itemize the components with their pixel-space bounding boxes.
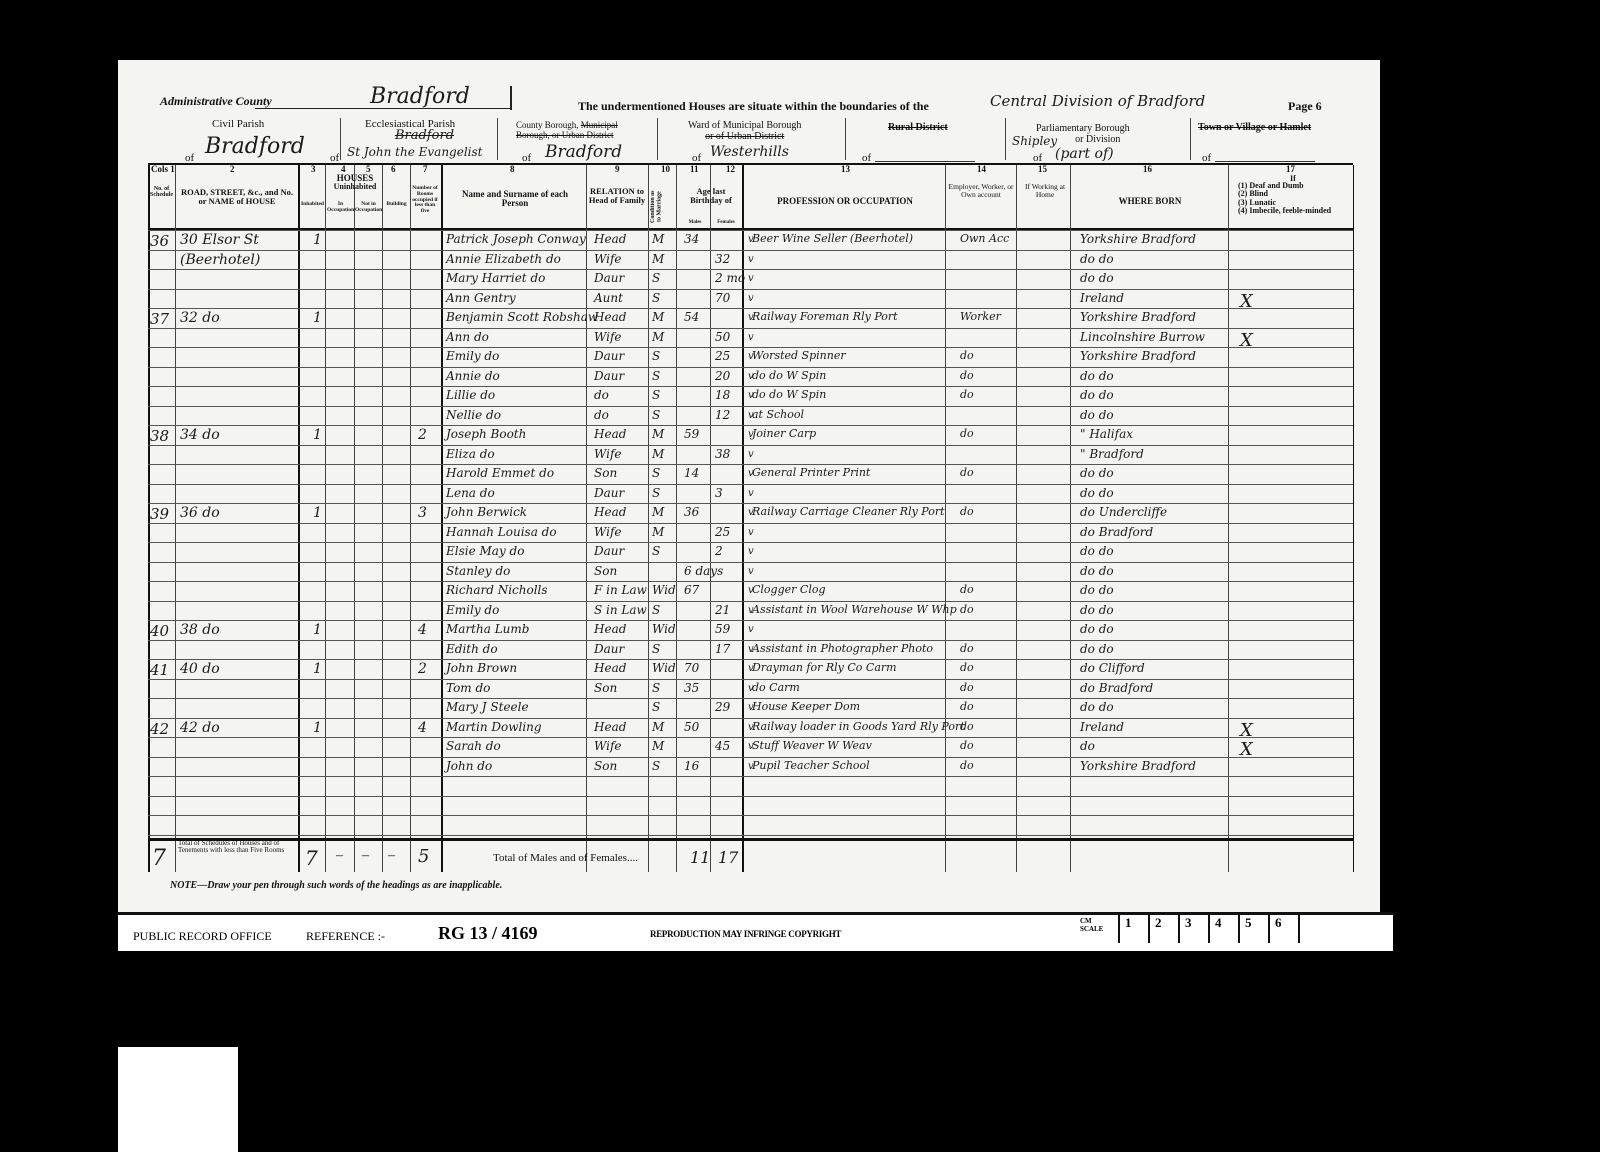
- col-num-3: 3: [311, 164, 316, 174]
- eccl-parish-value: St John the Evangelist: [347, 145, 483, 159]
- employer-cell: do: [960, 466, 974, 479]
- total-in-occupation: –: [336, 848, 343, 864]
- infirm-cell: X: [1240, 330, 1253, 351]
- footer-reference-value: RG 13 / 4169: [438, 923, 538, 944]
- born-cell: Yorkshire Bradford: [1080, 310, 1196, 324]
- relation-cell: Head: [594, 427, 626, 441]
- name-cell: Annie Elizabeth do: [446, 252, 561, 266]
- female-age-cell: 25: [715, 349, 730, 363]
- occupation-cell: Stuff Weaver W Weav: [752, 739, 872, 752]
- total-inhabited: 7: [305, 846, 318, 870]
- female-age-cell: 21: [715, 603, 730, 617]
- check-mark-icon: v: [748, 410, 754, 421]
- total-rooms: 5: [418, 846, 429, 867]
- check-mark-icon: v: [748, 663, 754, 674]
- male-age-cell: 67: [684, 583, 699, 597]
- relation-cell: do: [594, 408, 609, 422]
- row-rule: [148, 659, 1353, 660]
- check-mark-icon: v: [748, 761, 754, 772]
- row-rule: [148, 776, 1353, 777]
- column-rule: [586, 165, 587, 872]
- total-schedules-label: Total of Schedules of Houses and of Tene…: [178, 840, 296, 855]
- relation-cell: Head: [594, 232, 626, 246]
- check-mark-icon: v: [748, 507, 754, 518]
- name-cell: Ann Gentry: [446, 291, 516, 305]
- female-age-cell: 12: [715, 408, 730, 422]
- col-age-header: Age last Birthday of: [680, 187, 742, 205]
- check-mark-icon: v: [748, 390, 754, 401]
- born-cell: do do: [1080, 271, 1114, 285]
- header-divider: [497, 118, 498, 160]
- condition-cell: S: [652, 681, 660, 695]
- admin-county-box: [510, 86, 512, 110]
- schedule-cell: 38: [150, 427, 169, 445]
- header-divider: [657, 118, 658, 160]
- occupation-cell: Railway Carriage Cleaner Rly Port: [752, 505, 945, 518]
- relation-cell: Daur: [594, 271, 624, 285]
- road-cell: 36 do: [180, 505, 220, 521]
- occupation-cell: Joiner Carp: [752, 427, 816, 440]
- row-rule: [148, 464, 1353, 465]
- admin-county-label: Administrative County: [160, 94, 272, 109]
- schedule-cell: 36: [150, 232, 169, 250]
- male-age-cell: 35: [684, 681, 699, 695]
- born-cell: " Halifax: [1080, 427, 1133, 441]
- column-rule: [298, 165, 300, 872]
- relation-cell: Daur: [594, 369, 624, 383]
- check-mark-icon: v: [748, 332, 754, 343]
- condition-cell: S: [652, 369, 660, 383]
- male-age-cell: 70: [684, 661, 699, 675]
- row-rule: [148, 484, 1353, 485]
- col-inhabited-header: Inhabited: [300, 202, 325, 208]
- total-persons-label: Total of Males and of Females....: [493, 852, 638, 864]
- relation-cell: S in Law: [594, 603, 647, 617]
- civil-parish-value: Bradford: [205, 134, 305, 159]
- row-rule: [148, 289, 1353, 290]
- occupation-cell: Worsted Spinner: [752, 349, 846, 362]
- condition-cell: S: [652, 486, 660, 500]
- col-employer-header: Employer, Worker, or Own account: [948, 183, 1014, 199]
- condition-cell: M: [652, 232, 664, 246]
- male-age-cell: 16: [684, 759, 699, 773]
- row-rule: [148, 406, 1353, 407]
- ward-value: Westerhills: [710, 144, 789, 160]
- relation-cell: Son: [594, 466, 617, 480]
- born-cell: do do: [1080, 369, 1114, 383]
- name-cell: Harold Emmet do: [446, 466, 554, 480]
- condition-cell: M: [652, 310, 664, 324]
- scale-mark-6: 6: [1268, 915, 1297, 943]
- born-cell: do do: [1080, 466, 1114, 480]
- name-cell: Eliza do: [446, 447, 495, 461]
- row-rule: [148, 425, 1353, 426]
- condition-cell: S: [652, 642, 660, 656]
- column-rule: [325, 165, 326, 872]
- female-age-cell: 2 mo: [715, 271, 745, 285]
- born-cell: do do: [1080, 486, 1114, 500]
- condition-cell: S: [652, 291, 660, 305]
- totals-rule: [148, 838, 1353, 841]
- parl-label-1: Parliamentary Borough: [1036, 123, 1130, 134]
- born-cell: do: [1080, 739, 1095, 753]
- scale-mark-4: 4: [1208, 915, 1237, 943]
- relation-cell: Wife: [594, 447, 622, 461]
- infirm-cell: X: [1240, 291, 1253, 312]
- female-age-cell: 70: [715, 291, 730, 305]
- page-number: Page 6: [1288, 99, 1322, 114]
- boundaries-text: The undermentioned Houses are situate wi…: [578, 99, 929, 114]
- col-num-13: 13: [841, 164, 850, 174]
- check-mark-icon: v: [748, 644, 754, 655]
- column-rule: [648, 165, 649, 872]
- occupation-cell: do do W Spin: [752, 369, 826, 382]
- name-cell: Martin Dowling: [446, 720, 542, 734]
- relation-cell: Head: [594, 720, 626, 734]
- born-cell: " Bradford: [1080, 447, 1144, 461]
- check-mark-icon: v: [748, 371, 754, 382]
- row-rule: [148, 269, 1353, 270]
- header-divider: [845, 118, 846, 160]
- occupation-cell: House Keeper Dom: [752, 700, 860, 713]
- employer-cell: do: [960, 505, 974, 518]
- relation-cell: Head: [594, 622, 626, 636]
- row-rule: [148, 640, 1353, 641]
- check-mark-icon: v: [748, 585, 754, 596]
- column-rule: [1016, 165, 1017, 872]
- col-num-7: 7: [423, 164, 428, 174]
- col-num-10: 10: [661, 164, 670, 174]
- row-rule: [148, 796, 1353, 797]
- row-rule: [148, 620, 1353, 621]
- name-cell: John do: [446, 759, 492, 773]
- col-born-header: WHERE BORN: [1074, 197, 1226, 206]
- name-cell: Sarah do: [446, 739, 501, 753]
- check-mark-icon: v: [748, 449, 754, 460]
- row-rule: [148, 698, 1353, 699]
- name-cell: Emily do: [446, 603, 499, 617]
- occupation-cell: Assistant in Photographer Photo: [752, 642, 933, 655]
- admin-county-value: Bradford: [370, 84, 470, 109]
- name-cell: Mary Harriet do: [446, 271, 545, 285]
- occupation-cell: Beer Wine Seller (Beerhotel): [752, 232, 913, 245]
- county-borough-label-struck: Municipal: [581, 120, 618, 130]
- road-cell: (Beerhotel): [180, 252, 260, 268]
- row-rule: [148, 503, 1353, 504]
- occupation-cell: Railway loader in Goods Yard Rly Port: [752, 720, 965, 733]
- road-cell: 34 do: [180, 427, 220, 443]
- column-rule: [382, 165, 383, 872]
- col-home-header: If Working at Home: [1020, 183, 1070, 199]
- rooms-cell: 2: [418, 427, 427, 443]
- condition-cell: S: [652, 700, 660, 714]
- born-cell: Ireland: [1080, 291, 1124, 305]
- occupation-cell: Railway Foreman Rly Port: [752, 310, 898, 323]
- employer-cell: do: [960, 759, 974, 772]
- born-cell: do Bradford: [1080, 681, 1153, 695]
- relation-cell: Daur: [594, 642, 624, 656]
- row-rule: [148, 679, 1353, 680]
- column-rule: [676, 165, 677, 872]
- row-rule: [148, 542, 1353, 543]
- inhabited-cell: 1: [313, 232, 322, 248]
- condition-cell: Wid: [652, 661, 676, 675]
- condition-cell: S: [652, 544, 660, 558]
- relation-cell: Daur: [594, 544, 624, 558]
- female-age-cell: 45: [715, 739, 730, 753]
- col-females-header: Females: [711, 220, 741, 225]
- employer-cell: Own Acc: [960, 232, 1009, 245]
- born-cell: do do: [1080, 544, 1114, 558]
- name-cell: Nellie do: [446, 408, 501, 422]
- col-condition-header: Condition as to Marriage: [650, 190, 672, 224]
- col-schedule-header: No. of Schedule: [149, 186, 174, 199]
- col-num-17: 17: [1286, 164, 1295, 174]
- name-cell: Mary J Steele: [446, 700, 529, 714]
- employer-cell: do: [960, 739, 974, 752]
- male-age-cell: 14: [684, 466, 699, 480]
- condition-cell: S: [652, 388, 660, 402]
- column-rule: [945, 165, 946, 872]
- col-num-14: 14: [977, 164, 986, 174]
- road-cell: 40 do: [180, 661, 220, 677]
- check-mark-icon: v: [748, 722, 754, 733]
- row-rule: [148, 581, 1353, 582]
- col-infirm-header: (1) Deaf and Dumb (2) Blind (3) Lunatic …: [1238, 182, 1331, 216]
- employer-cell: do: [960, 720, 974, 733]
- female-age-cell: 29: [715, 700, 730, 714]
- relation-cell: Wife: [594, 525, 622, 539]
- employer-cell: do: [960, 369, 974, 382]
- row-rule: [148, 230, 1353, 231]
- relation-cell: Daur: [594, 349, 624, 363]
- check-mark-icon: v: [748, 527, 754, 538]
- footer-reference-label: REFERENCE :-: [306, 929, 385, 944]
- total-building: –: [388, 848, 395, 864]
- row-rule: [148, 737, 1353, 738]
- check-mark-icon: v: [748, 546, 754, 557]
- header-divider: [1005, 118, 1006, 160]
- born-cell: do Bradford: [1080, 525, 1153, 539]
- inhabited-cell: 1: [313, 661, 322, 677]
- relation-cell: Wife: [594, 330, 622, 344]
- name-cell: John Brown: [446, 661, 517, 675]
- female-age-cell: 32: [715, 252, 730, 266]
- scale-label-scale: SCALE: [1080, 926, 1103, 934]
- check-mark-icon: v: [748, 351, 754, 362]
- column-rule: [1353, 165, 1354, 872]
- born-cell: Yorkshire Bradford: [1080, 349, 1196, 363]
- inhabited-cell: 1: [313, 720, 322, 736]
- check-mark-icon: v: [748, 234, 754, 245]
- rooms-cell: 4: [418, 622, 427, 638]
- condition-cell: S: [652, 408, 660, 422]
- condition-cell: S: [652, 466, 660, 480]
- col-males-header: Males: [680, 220, 710, 225]
- name-cell: Joseph Booth: [446, 427, 526, 441]
- born-cell: do do: [1080, 564, 1114, 578]
- row-rule: [148, 601, 1353, 602]
- ward-label-struck: or of Urban District: [705, 131, 784, 142]
- town-label: Town or Village or Hamlet: [1198, 122, 1311, 133]
- relation-cell: Head: [594, 310, 626, 324]
- employer-cell: do: [960, 603, 974, 616]
- row-rule: [148, 386, 1353, 387]
- row-rule: [148, 445, 1353, 446]
- road-cell: 38 do: [180, 622, 220, 638]
- rooms-cell: 2: [418, 661, 427, 677]
- parl-label-2: or Division: [1075, 134, 1120, 145]
- schedule-cell: 42: [150, 720, 169, 738]
- female-age-cell: 25: [715, 525, 730, 539]
- employer-cell: do: [960, 661, 974, 674]
- inhabited-cell: 1: [313, 505, 322, 521]
- male-age-cell: 6 days: [684, 564, 723, 578]
- condition-cell: M: [652, 330, 664, 344]
- scale-mark-3: 3: [1178, 915, 1207, 943]
- infirm-cell: X: [1240, 720, 1253, 741]
- occupation-cell: do Carm: [752, 681, 800, 694]
- born-cell: do do: [1080, 388, 1114, 402]
- col-in-occupation-header: In Occupation: [327, 202, 354, 214]
- name-cell: John Berwick: [446, 505, 527, 519]
- born-cell: Ireland: [1080, 720, 1124, 734]
- total-schedules: 7: [152, 846, 166, 871]
- relation-cell: Head: [594, 661, 626, 675]
- name-cell: Ann do: [446, 330, 489, 344]
- row-rule: [148, 757, 1353, 758]
- rural-district-underline: [875, 161, 975, 162]
- row-rule: [148, 835, 1353, 836]
- county-borough-label: County Borough, Municipal Borough, or Ur…: [516, 120, 618, 140]
- county-borough-label-2: Borough, or Urban District: [516, 130, 613, 140]
- condition-cell: Wid: [652, 583, 676, 597]
- relation-cell: F in Law: [594, 583, 647, 597]
- scale-mark-2: 2: [1148, 915, 1177, 943]
- employer-cell: do: [960, 642, 974, 655]
- born-cell: Lincolnshire Burrow: [1080, 330, 1205, 344]
- column-rule: [1070, 165, 1071, 872]
- row-rule: [148, 347, 1353, 348]
- header-divider: [1190, 118, 1191, 160]
- check-mark-icon: v: [748, 273, 754, 284]
- occupation-cell: General Printer Print: [752, 466, 870, 479]
- employer-cell: do: [960, 388, 974, 401]
- col-road-header: ROAD, STREET, &c., and No. or NAME of HO…: [178, 188, 296, 206]
- ward-label-1: Ward of Municipal Borough: [688, 120, 801, 131]
- female-age-cell: 3: [715, 486, 723, 500]
- row-rule: [148, 328, 1353, 329]
- footer-office: PUBLIC RECORD OFFICE: [133, 929, 272, 944]
- relation-cell: Wife: [594, 252, 622, 266]
- col-num-8: 8: [510, 164, 515, 174]
- boundaries-value: Central Division of Bradford: [990, 92, 1205, 110]
- county-borough-value: Bradford: [545, 142, 622, 162]
- county-borough-label-1: County Borough,: [516, 120, 579, 130]
- column-rule: [710, 165, 711, 872]
- col-num-16: 16: [1143, 164, 1152, 174]
- col-name-header: Name and Surname of each Person: [450, 190, 580, 209]
- check-mark-icon: v: [748, 293, 754, 304]
- col-rooms-header: Number of Rooms occupied if less than fi…: [411, 186, 439, 215]
- check-mark-icon: v: [748, 605, 754, 616]
- column-rule: [441, 165, 443, 872]
- born-cell: do do: [1080, 408, 1114, 422]
- ward-label: Ward of Municipal Borough or of Urban Di…: [688, 120, 801, 142]
- column-rule: [354, 165, 355, 872]
- row-rule: [148, 308, 1353, 309]
- check-mark-icon: v: [748, 741, 754, 752]
- headings-note: NOTE—Draw your pen through such words of…: [170, 880, 502, 891]
- condition-cell: M: [652, 720, 664, 734]
- condition-cell: M: [652, 252, 664, 266]
- row-rule: [148, 367, 1353, 368]
- col-num-2: 2: [230, 164, 235, 174]
- col-num-11: 11: [690, 164, 699, 174]
- calibration-patch: [118, 1047, 238, 1152]
- name-cell: Hannah Louisa do: [446, 525, 557, 539]
- column-rule: [175, 165, 176, 872]
- table-top-rule: [148, 163, 1353, 165]
- employer-cell: do: [960, 700, 974, 713]
- row-rule: [148, 250, 1353, 251]
- row-rule: [148, 523, 1353, 524]
- name-cell: Patrick Joseph Conway: [446, 232, 586, 246]
- name-cell: Richard Nicholls: [446, 583, 548, 597]
- male-age-cell: 34: [684, 232, 699, 246]
- name-cell: Lillie do: [446, 388, 495, 402]
- footer-scale-label: CM SCALE: [1080, 918, 1103, 933]
- name-cell: Lena do: [446, 486, 495, 500]
- check-mark-icon: v: [748, 683, 754, 694]
- born-cell: do do: [1080, 603, 1114, 617]
- row-rule: [148, 815, 1353, 816]
- condition-cell: Wid: [652, 622, 676, 636]
- check-mark-icon: v: [748, 702, 754, 713]
- female-age-cell: 59: [715, 622, 730, 636]
- born-cell: do Clifford: [1080, 661, 1145, 675]
- born-cell: Yorkshire Bradford: [1080, 759, 1196, 773]
- female-age-cell: 50: [715, 330, 730, 344]
- check-mark-icon: v: [748, 566, 754, 577]
- infirm-cell: X: [1240, 739, 1253, 760]
- female-age-cell: 18: [715, 388, 730, 402]
- col-building-header: Building: [383, 202, 410, 208]
- born-cell: do do: [1080, 642, 1114, 656]
- col-num-1: Cols 1: [151, 164, 175, 174]
- rural-district-label: Rural District: [888, 122, 948, 133]
- condition-cell: M: [652, 739, 664, 753]
- schedule-cell: 39: [150, 505, 169, 523]
- parl-value: (part of): [1055, 146, 1114, 162]
- column-rule: [410, 165, 411, 872]
- condition-cell: M: [652, 447, 664, 461]
- rooms-cell: 4: [418, 720, 427, 736]
- born-cell: do do: [1080, 622, 1114, 636]
- total-not-in-occupation: –: [362, 848, 369, 864]
- employer-cell: do: [960, 583, 974, 596]
- parl-value-pre: Shipley: [1012, 134, 1057, 148]
- relation-cell: Son: [594, 564, 617, 578]
- footer-copyright: REPRODUCTION MAY INFRINGE COPYRIGHT: [650, 929, 841, 939]
- female-age-cell: 17: [715, 642, 730, 656]
- occupation-cell: Assistant in Wool Warehouse W Whp: [752, 603, 957, 616]
- employer-cell: Worker: [960, 310, 1001, 323]
- inhabited-cell: 1: [313, 622, 322, 638]
- total-females: 17: [718, 848, 738, 867]
- condition-cell: M: [652, 427, 664, 441]
- schedule-cell: 41: [150, 661, 169, 679]
